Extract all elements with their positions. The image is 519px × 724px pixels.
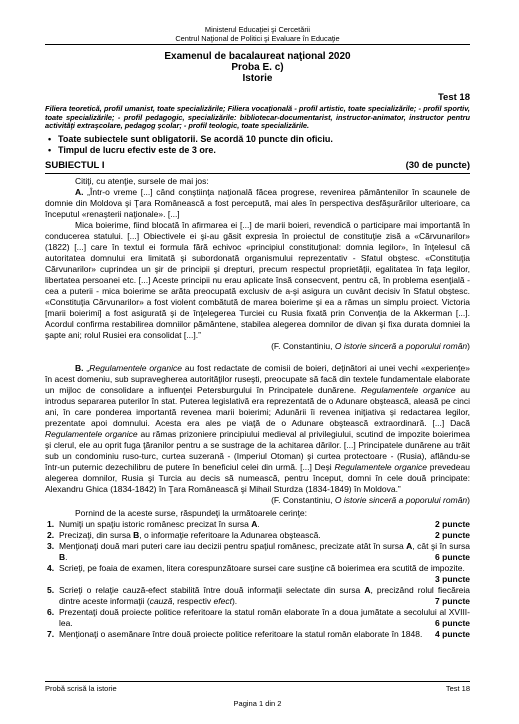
question-text: Scrieţi o relaţie cauză-efect stabilită … bbox=[59, 585, 470, 607]
question-text: Numiţi un spaţiu istoric românesc preciz… bbox=[59, 519, 470, 530]
question-text: Menţionaţi o asemănare între două proiec… bbox=[59, 629, 470, 640]
bullet-icon: • bbox=[45, 134, 58, 145]
question-points: 2 puncte bbox=[427, 530, 470, 541]
footer-page-number: Pagina 1 din 2 bbox=[45, 699, 470, 708]
bullet-item-text: Timpul de lucru efectiv este de 3 ore. bbox=[58, 145, 216, 156]
exam-title-line-3: Istorie bbox=[45, 73, 470, 84]
filiera-note: Filiera teoretică, profil umanist, toate… bbox=[45, 105, 470, 131]
test-number-label: Test 18 bbox=[45, 92, 470, 103]
question-number: 1. bbox=[45, 519, 59, 530]
question-number: 7. bbox=[45, 629, 59, 640]
question-points: 2 puncte bbox=[427, 519, 470, 530]
question-2: 2. Precizaţi, din sursa B, o informaţie … bbox=[45, 530, 470, 541]
question-points: 6 puncte bbox=[427, 618, 470, 629]
source-b-citation: (F. Constantiniu, O istorie sinceră a po… bbox=[45, 495, 470, 506]
source-b-paragraph: B. „Regulamentele organice au fost redac… bbox=[45, 363, 470, 495]
question-text-segments: Menţionaţi două mari puteri care iau dec… bbox=[59, 541, 470, 562]
source-a-paragraph-2: Mica boierime, fiind blocată în afirmare… bbox=[45, 220, 470, 341]
ministry-header: Ministerul Educaţiei şi Cercetării Centr… bbox=[45, 25, 470, 43]
page-footer: Probă scrisă la istorie Test 18 Pagina 1… bbox=[45, 681, 470, 708]
question-6: 6. Prezentaţi două proiecte politice ref… bbox=[45, 607, 470, 629]
subject1-heading-row: SUBIECTUL I (30 de puncte) bbox=[45, 160, 470, 174]
question-text-segments: Prezentaţi două proiecte politice referi… bbox=[59, 607, 470, 628]
question-text-segments: Menţionaţi o asemănare între două proiec… bbox=[59, 629, 422, 639]
question-text: Prezentaţi două proiecte politice referi… bbox=[59, 607, 470, 629]
question-text-segments: Numiţi un spaţiu istoric românesc preciz… bbox=[59, 519, 260, 529]
question-5: 5. Scrieţi o relaţie cauză-efect stabili… bbox=[45, 585, 470, 607]
question-1: 1. Numiţi un spaţiu istoric românesc pre… bbox=[45, 519, 470, 530]
question-points: 7 puncte bbox=[427, 596, 470, 607]
footer-row: Probă scrisă la istorie Test 18 bbox=[45, 681, 470, 693]
source-a-paragraph-1: A. „Într-o vreme [...] când conştiinţa n… bbox=[45, 187, 470, 220]
question-text-segments: Scrieţi, pe foaia de examen, litera core… bbox=[59, 563, 465, 573]
question-number: 5. bbox=[45, 585, 59, 607]
bullet-item-2: • Timpul de lucru efectiv este de 3 ore. bbox=[45, 145, 470, 156]
question-number: 3. bbox=[45, 541, 59, 563]
requirements-intro: Pornind de la aceste surse, răspundeţi l… bbox=[45, 508, 470, 519]
question-text: Precizaţi, din sursa B, o informaţie ref… bbox=[59, 530, 470, 541]
question-points: 6 puncte bbox=[427, 552, 470, 563]
question-points: 4 puncte bbox=[427, 629, 470, 640]
question-points: 3 puncte bbox=[427, 574, 470, 585]
question-text-segments: Precizaţi, din sursa B, o informaţie ref… bbox=[59, 530, 321, 540]
bullet-icon: • bbox=[45, 145, 58, 156]
question-7: 7. Menţionaţi o asemănare între două pro… bbox=[45, 629, 470, 640]
question-number: 2. bbox=[45, 530, 59, 541]
ministry-line-1: Ministerul Educaţiei şi Cercetării bbox=[45, 25, 470, 34]
question-text: Menţionaţi două mari puteri care iau dec… bbox=[59, 541, 470, 563]
question-3: 3. Menţionaţi două mari puteri care iau … bbox=[45, 541, 470, 563]
question-4: 4. Scrieţi, pe foaia de examen, litera c… bbox=[45, 563, 470, 585]
exam-title-line-2: Proba E. c) bbox=[45, 62, 470, 73]
exam-page: Ministerul Educaţiei şi Cercetării Centr… bbox=[0, 0, 519, 724]
ministry-line-2: Centrul Naţional de Politici şi Evaluare… bbox=[45, 34, 470, 43]
question-text-segments: Scrieţi o relaţie cauză-efect stabilită … bbox=[59, 585, 470, 606]
question-list: 1. Numiţi un spaţiu istoric românesc pre… bbox=[45, 519, 470, 640]
source-a-citation: (F. Constantiniu, O istorie sinceră a po… bbox=[45, 341, 470, 352]
subject1-points: (30 de puncte) bbox=[406, 160, 470, 171]
bullet-item-text: Toate subiectele sunt obligatorii. Se ac… bbox=[58, 134, 333, 145]
footer-subject-label: Probă scrisă la istorie bbox=[45, 684, 117, 693]
question-text: Scrieţi, pe foaia de examen, litera core… bbox=[59, 563, 470, 585]
header-divider bbox=[45, 44, 470, 45]
question-number: 4. bbox=[45, 563, 59, 585]
bullet-item-1: • Toate subiectele sunt obligatorii. Se … bbox=[45, 134, 470, 145]
exam-title-line-1: Examenul de bacalaureat naţional 2020 bbox=[45, 51, 470, 62]
exam-title: Examenul de bacalaureat naţional 2020 Pr… bbox=[45, 51, 470, 84]
question-number: 6. bbox=[45, 607, 59, 629]
subject1-heading: SUBIECTUL I bbox=[45, 160, 104, 171]
instructions-bullet-list: • Toate subiectele sunt obligatorii. Se … bbox=[45, 134, 470, 155]
footer-test-label: Test 18 bbox=[446, 684, 470, 693]
subject1-intro: Citiţi, cu atenţie, sursele de mai jos: bbox=[45, 176, 470, 187]
